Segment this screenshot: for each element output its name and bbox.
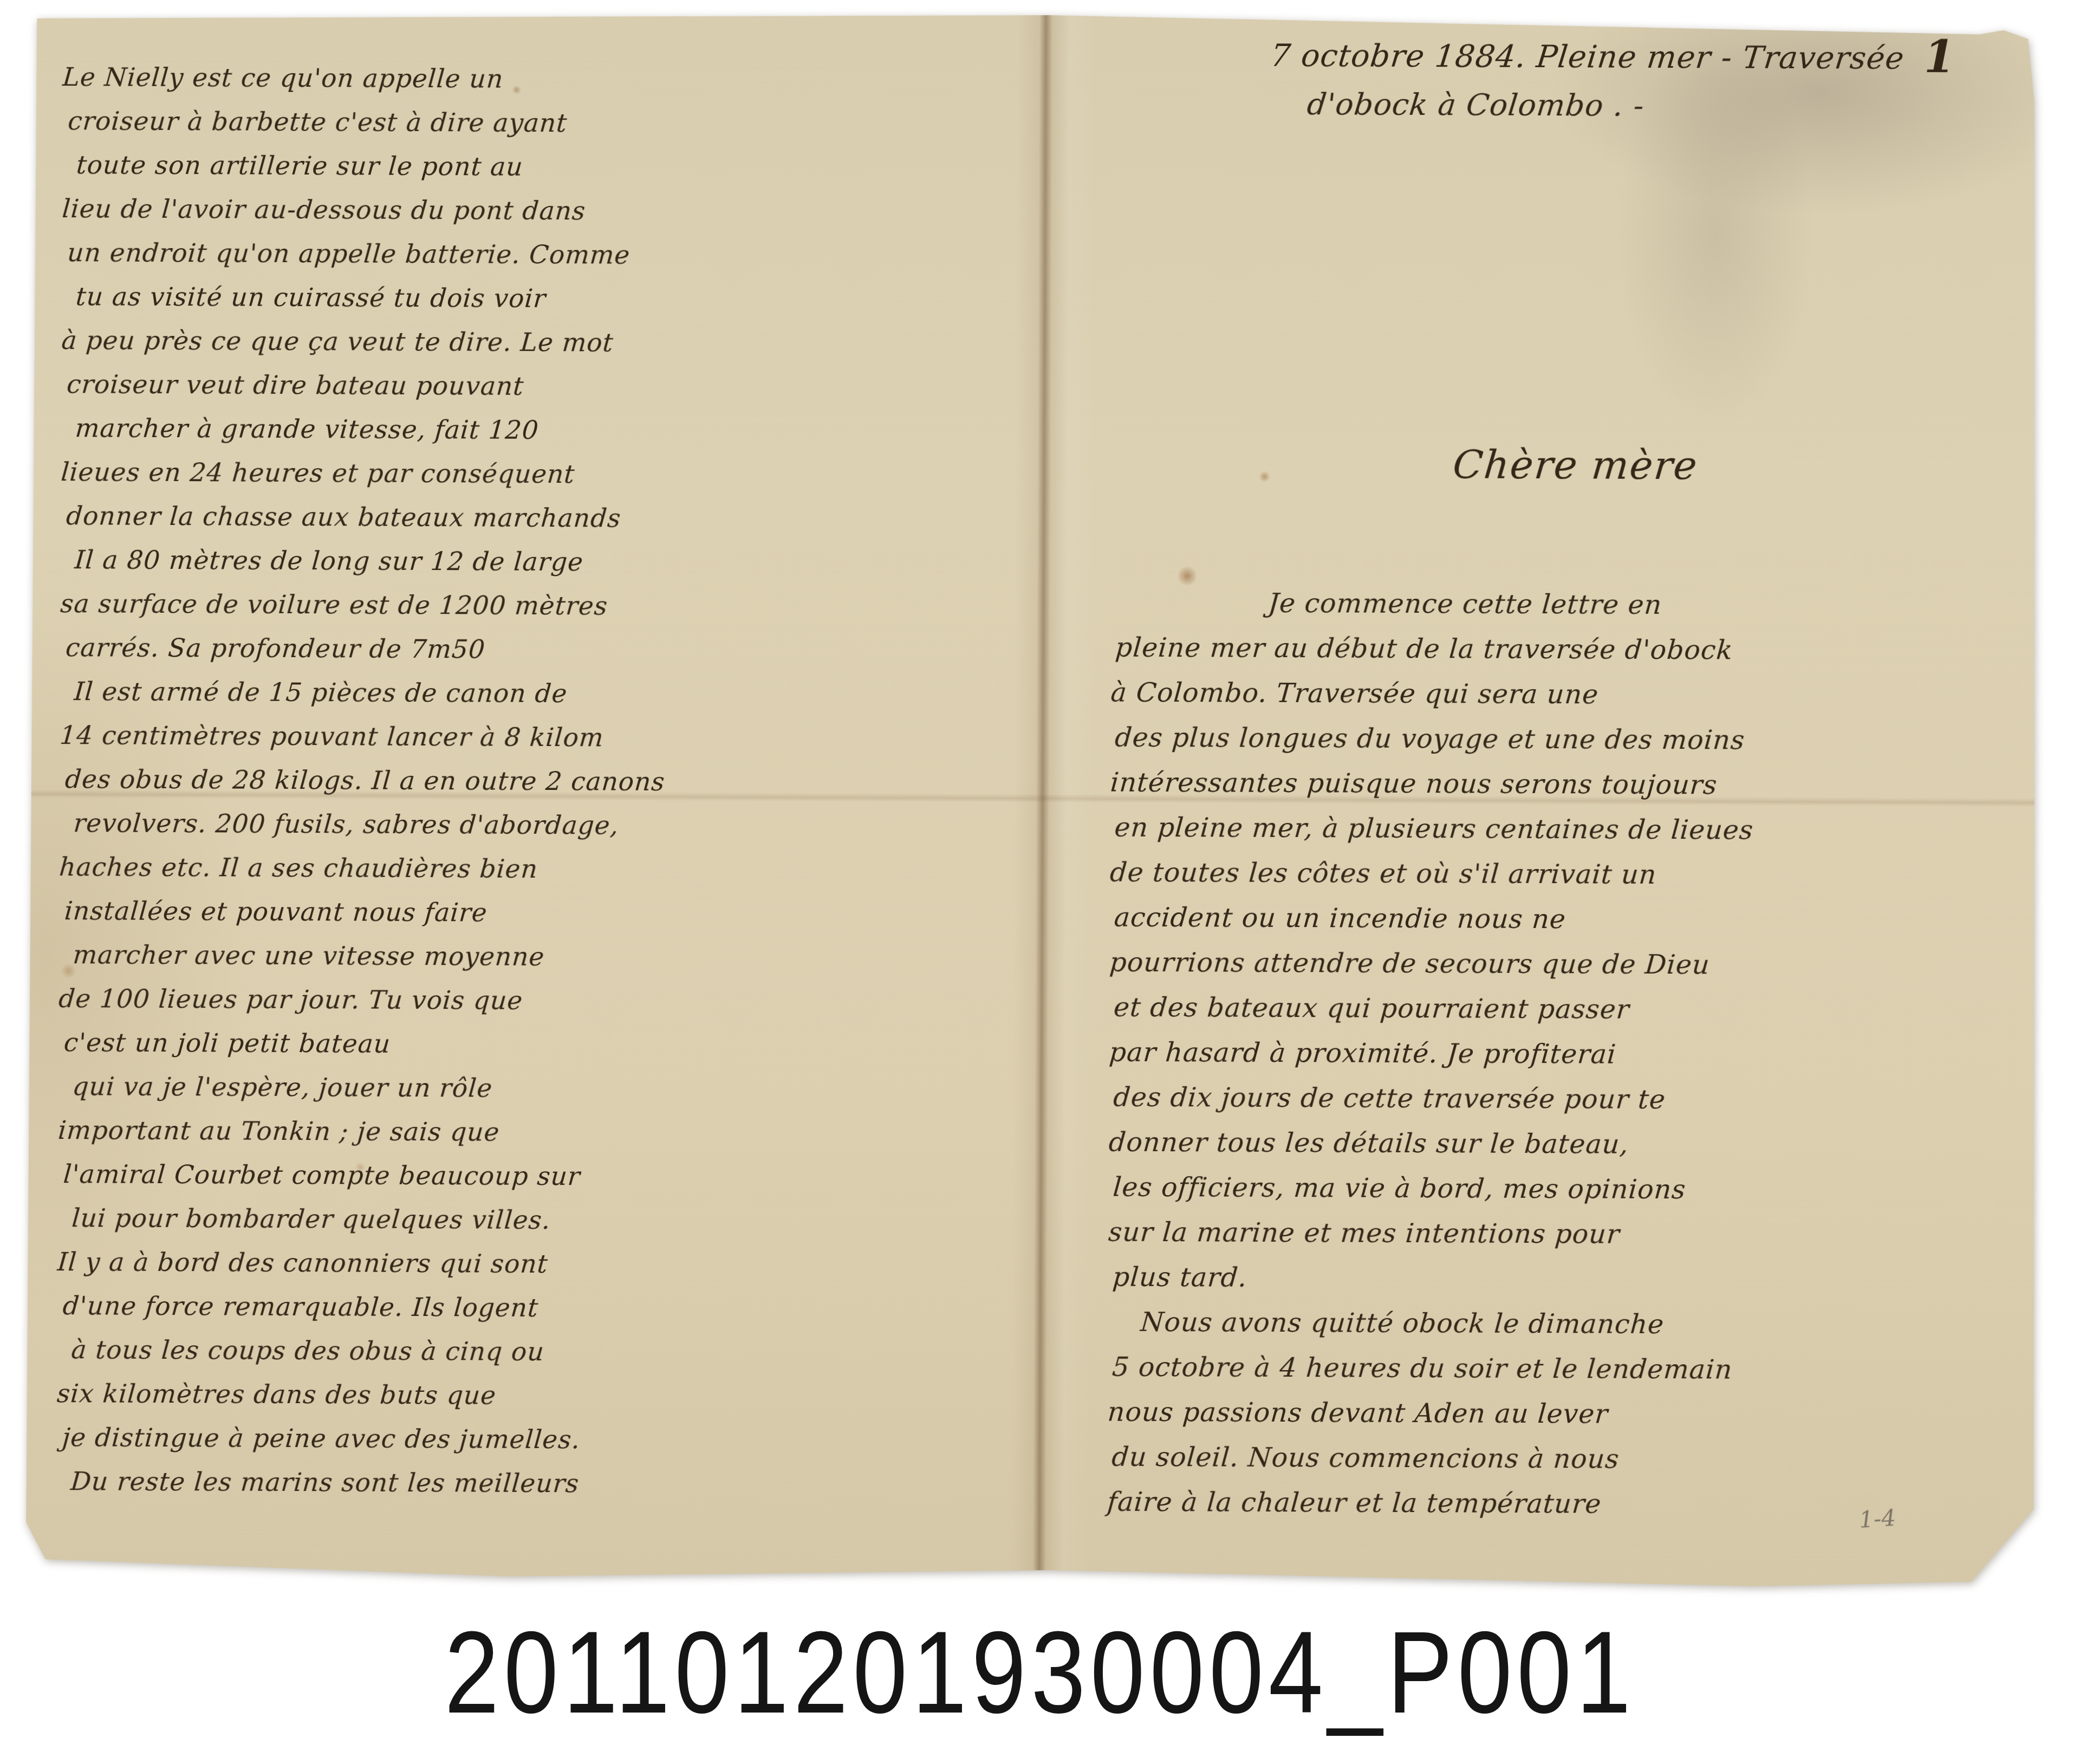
handwriting-line: six kilomètres dans des buts que bbox=[55, 1372, 1033, 1420]
handwriting-line: intéressantes puisque nous serons toujou… bbox=[1109, 760, 2044, 809]
handwriting-line: marcher à grande vitesse, fait 120 bbox=[74, 406, 1038, 455]
handwriting-line: 5 octobre à 4 heures du soir et le lende… bbox=[1110, 1345, 2041, 1393]
handwriting-line: par hasard à proximité. Je profiterai bbox=[1108, 1030, 2043, 1079]
handwriting-line: Il a 80 mètres de long sur 12 de large bbox=[73, 538, 1037, 586]
handwriting-line: l'amiral Courbet compte beaucoup sur bbox=[62, 1152, 1035, 1201]
handwriting-line: des obus de 28 kilogs. Il a en outre 2 c… bbox=[63, 757, 1036, 806]
handwriting-line: et des bateaux qui pourraient passer bbox=[1112, 985, 2043, 1034]
handwriting-line: croiseur à barbette c'est à dire ayant bbox=[66, 99, 1039, 147]
handwriting-line: les officiers, ma vie à bord, mes opinio… bbox=[1111, 1165, 2042, 1214]
salutation: Chère mère bbox=[1451, 442, 1700, 488]
handwriting-line: faire à la chaleur et la température bbox=[1106, 1480, 2040, 1528]
handwriting-line: important au Tonkin ; je sais que bbox=[56, 1108, 1035, 1157]
handwriting-line: en pleine mer, à plusieurs centaines de … bbox=[1113, 805, 2044, 854]
handwriting-line: à peu près ce que ça veut te dire. Le mo… bbox=[60, 319, 1038, 367]
handwriting-line: donner la chasse aux bateaux marchands bbox=[64, 494, 1037, 542]
handwriting-line: c'est un joli petit bateau bbox=[62, 1021, 1035, 1069]
handwriting-line: lieues en 24 heures et par conséquent bbox=[60, 450, 1038, 498]
handwriting-line: installées et pouvant nous faire bbox=[63, 889, 1036, 937]
handwriting-line: de toutes les côtes et où s'il arrivait … bbox=[1108, 850, 2043, 899]
handwriting-line: haches etc. Il a ses chaudières bien bbox=[57, 845, 1036, 893]
handwriting-line: plus tard. bbox=[1111, 1255, 2042, 1303]
handwriting-line: Il est armé de 15 pièces de canon de bbox=[73, 670, 1037, 718]
letter-date-line: 7 octobre 1884. Pleine mer - Traversée bbox=[1269, 38, 1906, 76]
handwriting-line: accident ou un incendie nous ne bbox=[1113, 895, 2043, 944]
letter-route-line: d'obock à Colombo . - bbox=[1305, 87, 1646, 123]
handwriting-line: lui pour bombarder quelques villes. bbox=[70, 1196, 1035, 1244]
handwriting-line: à tous les coups des obus à cinq ou bbox=[70, 1328, 1034, 1376]
handwriting-line: toute son artillerie sur le pont au bbox=[75, 143, 1039, 191]
letter-sheet: 7 octobre 1884. Pleine mer - Traversée 1… bbox=[23, 7, 2062, 1589]
page-number: 1 bbox=[1924, 31, 1955, 83]
handwriting-line: carrés. Sa profondeur de 7m50 bbox=[64, 626, 1037, 674]
handwriting-line: lieu de l'avoir au-dessous du pont dans bbox=[61, 187, 1039, 235]
pencil-annotation: 1-4 bbox=[1858, 1504, 1897, 1533]
handwriting-line: sa surface de voilure est de 1200 mètres bbox=[59, 582, 1037, 630]
handwriting-line: des dix jours de cette traversée pour te bbox=[1112, 1075, 2043, 1124]
handwriting-line: marcher avec une vitesse moyenne bbox=[71, 933, 1036, 981]
left-page-handwriting: Le Nielly est ce qu'on appelle uncroiseu… bbox=[56, 55, 1038, 1508]
handwriting-line: sur la marine et mes intentions pour bbox=[1107, 1210, 2042, 1259]
handwriting-line: de 100 lieues par jour. Tu vois que bbox=[57, 977, 1035, 1025]
handwriting-line: du soleil. Nous commencions à nous bbox=[1110, 1435, 2041, 1483]
handwriting-line: qui va je l'espère, jouer un rôle bbox=[71, 1065, 1035, 1113]
handwriting-line: je distingue à peine avec des jumelles. bbox=[61, 1416, 1033, 1464]
handwriting-line: un endroit qu'on appelle batterie. Comme bbox=[66, 231, 1038, 279]
handwriting-line: Du reste les marins sont les meilleurs bbox=[69, 1460, 1033, 1508]
handwriting-line: revolvers. 200 fusils, sabres d'abordage… bbox=[72, 801, 1036, 849]
handwriting-line: 14 centimètres pouvant lancer à 8 kilom bbox=[58, 714, 1036, 762]
catalog-id-caption: 201101201930004_P001 bbox=[444, 1613, 1635, 1730]
handwriting-line: à Colombo. Traversée qui sera une bbox=[1109, 670, 2044, 719]
right-page-handwriting: Je commence cette lettre enpleine mer au… bbox=[1107, 580, 2043, 1528]
handwriting-line: d'une force remarquable. Ils logent bbox=[61, 1284, 1034, 1332]
handwriting-line: nous passions devant Aden au lever bbox=[1106, 1390, 2041, 1438]
handwriting-line: Il y a à bord des canonniers qui sont bbox=[56, 1240, 1034, 1288]
handwriting-line: Je commence cette lettre en bbox=[1266, 581, 2044, 629]
handwriting-line: donner tous les détails sur le bateau, bbox=[1107, 1120, 2042, 1169]
scanned-letter-page: { "document": { "catalog_id": "201101201… bbox=[0, 0, 2080, 1764]
handwriting-line: des plus longues du voyage et une des mo… bbox=[1113, 715, 2044, 764]
handwriting-line: croiseur veut dire bateau pouvant bbox=[65, 362, 1038, 411]
handwriting-line: Le Nielly est ce qu'on appelle un bbox=[61, 55, 1039, 103]
handwriting-line: pleine mer au début de la traversée d'ob… bbox=[1114, 625, 2044, 674]
handwriting-line: Nous avons quitté obock le dimanche bbox=[1139, 1300, 2042, 1348]
handwriting-line: pourrions attendre de secours que de Die… bbox=[1108, 940, 2043, 989]
handwriting-line: tu as visité un cuirassé tu dois voir bbox=[74, 275, 1038, 323]
